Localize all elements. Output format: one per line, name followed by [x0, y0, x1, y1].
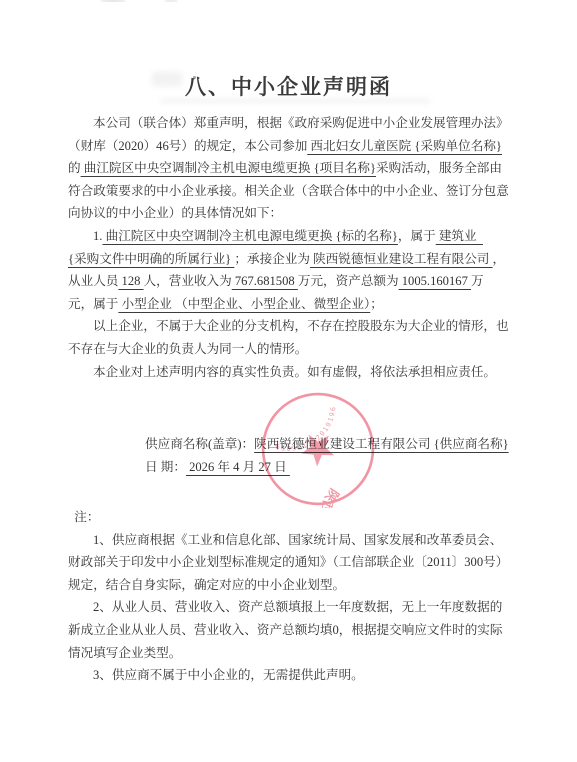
declaration-body: 本公司（联合体）郑重声明，根据《政府采购促进中小企业发展管理办法》（财库（202… [68, 112, 514, 383]
static-text: 符合政策要求的中小企业承接。相关企业（含联合体中的中小企业、签订分包意 [68, 184, 509, 198]
filled-blank-value: 曲江院区中央空调制冷主机电源电缆更换 {标的名称} [102, 229, 397, 243]
static-text: 供应商名称(盖章)： [145, 437, 254, 451]
filled-blank-value: 西北妇女儿童医院 {采购单位名称} [307, 139, 502, 153]
filled-blank-value: 767.681508 [232, 274, 298, 288]
filled-blank-value: 1005.160167 [399, 274, 471, 288]
filled-blank-value: 小型企业 （中型企业、小型企业、微型企业） [118, 297, 370, 311]
filled-blank-value: 2026 年 4 月 27 日 [186, 460, 290, 474]
filled-blank-value: 陕西锐德恒业建设工程有限公司 {供应商名称} [254, 437, 509, 451]
scan-artifact [100, 0, 126, 2]
text-line: 向协议的中小企业）的具体情况如下： [68, 202, 514, 225]
text-line: 财政部关于印发中小企业划型标准规定的通知》（工信部联企业〔2011〕300号） [68, 551, 514, 574]
static-text: 万元，资产总额为 [298, 274, 399, 288]
static-text: 万 [471, 274, 484, 288]
filled-blank-value: 陕西锐德恒业建设工程有限公司 [310, 252, 493, 266]
filled-blank-value: 建筑业 [436, 229, 483, 243]
static-text: 新成立企业从业人员、营业收入、资产总额均填0，根据提交响应文件时的实际 [68, 623, 502, 637]
text-line: 元，属于 小型企业 （中型企业、小型企业、微型企业）； [68, 293, 514, 316]
text-line: 3、供应商不属于中小企业的，无需提供此声明。 [68, 664, 514, 687]
document-title: 八、中小企业声明函 [0, 71, 577, 101]
static-text: 向协议的中小企业）的具体情况如下： [68, 206, 282, 220]
static-text: 2、从业人员、营业收入、资产总额填报上一年度数据，无上一年度数据的 [93, 600, 502, 614]
text-line: 从业人员 128 人，营业收入为 767.681508 万元，资产总额为 100… [68, 270, 514, 293]
text-line: 的 曲江院区中央空调制冷主机电源电缆更换 {项目名称}采购活动，服务全部由 [68, 157, 514, 180]
static-text: 规定，结合自身实际，确定对应的中小企业划型。 [68, 578, 345, 592]
text-line: 不存在与大企业的负责人为同一人的情形。 [68, 338, 514, 361]
text-line: 2、从业人员、营业收入、资产总额填报上一年度数据，无上一年度数据的 [68, 596, 514, 619]
static-text: 人，营业收入为 [144, 274, 232, 288]
text-line: （财库（2020）46号）的规定，本公司参加 西北妇女儿童医院 {采购单位名称} [68, 135, 514, 158]
static-text: 不存在与大企业的负责人为同一人的情形。 [68, 342, 307, 356]
text-line: 注： [68, 506, 514, 529]
text-line: 供应商名称(盖章)：陕西锐德恒业建设工程有限公司 {供应商名称} [145, 433, 525, 456]
text-line: {采购文件中明确的所属行业} ；承接企业为 陕西锐德恒业建设工程有限公司 ， [68, 248, 514, 271]
text-line: 1、供应商根据《工业和信息化部、国家统计局、国家发展和改革委员会、 [68, 529, 514, 552]
static-text: 元，属于 [68, 297, 118, 311]
text-line: 规定，结合自身实际，确定对应的中小企业划型。 [68, 574, 514, 597]
static-text: （财库（2020）46号）的规定，本公司参加 [68, 139, 307, 153]
notes-section: 注：1、供应商根据《工业和信息化部、国家统计局、国家发展和改革委员会、财政部关于… [68, 506, 514, 687]
static-text: 3、供应商不属于中小企业的，无需提供此声明。 [93, 668, 364, 682]
static-text: 的 [68, 161, 81, 175]
signature-block: 供应商名称(盖章)：陕西锐德恒业建设工程有限公司 {供应商名称}日 期： 202… [145, 433, 525, 479]
static-text: 本企业对上述声明内容的真实性负责。如有虚假，将依法承担相应责任。 [93, 365, 496, 379]
static-text: ；承接企业为 [234, 252, 310, 266]
document-page: 八、中小企业声明函 本公司（联合体）郑重声明，根据《政府采购促进中小企业发展管理… [0, 0, 577, 762]
text-line: 本企业对上述声明内容的真实性负责。如有虚假，将依法承担相应责任。 [68, 361, 514, 384]
static-text: ，属于 [398, 229, 436, 243]
static-text: 日 期： [145, 460, 186, 474]
filled-blank-value: {采购文件中明确的所属行业} [68, 252, 234, 266]
text-line: 以上企业，不属于大企业的分支机构，不存在控股股东为大企业的情形，也 [68, 315, 514, 338]
static-text: 情况填写企业类型。 [68, 646, 181, 660]
static-text: 1、供应商根据《工业和信息化部、国家统计局、国家发展和改革委员会、 [93, 533, 502, 547]
scan-artifact [164, 0, 178, 2]
static-text: 采购活动，服务全部由 [376, 161, 502, 175]
text-line: 新成立企业从业人员、营业收入、资产总额均填0，根据提交响应文件时的实际 [68, 619, 514, 642]
static-text: 以上企业，不属于大企业的分支机构，不存在控股股东为大企业的情形，也 [93, 319, 509, 333]
text-line: 情况填写企业类型。 [68, 642, 514, 665]
filled-blank-value: 128 [118, 274, 143, 288]
text-line: 日 期： 2026 年 4 月 27 日 [145, 456, 525, 479]
static-text: 从业人员 [68, 274, 118, 288]
filled-blank-value: 曲江院区中央空调制冷主机电源电缆更换 {项目名称} [81, 161, 376, 175]
static-text: ， [493, 252, 506, 266]
static-text: ； [370, 297, 383, 311]
text-line: 1. 曲江院区中央空调制冷主机电源电缆更换 {标的名称}，属于 建筑业 [68, 225, 514, 248]
static-text: 财政部关于印发中小企业划型标准规定的通知》（工信部联企业〔2011〕300号） [68, 555, 508, 569]
text-line: 本公司（联合体）郑重声明，根据《政府采购促进中小企业发展管理办法》 [68, 112, 514, 135]
static-text: 本公司（联合体）郑重声明，根据《政府采购促进中小企业发展管理办法》 [93, 116, 509, 130]
text-line: 符合政策要求的中小企业承接。相关企业（含联合体中的中小企业、签订分包意 [68, 180, 514, 203]
static-text: 注： [68, 510, 99, 524]
